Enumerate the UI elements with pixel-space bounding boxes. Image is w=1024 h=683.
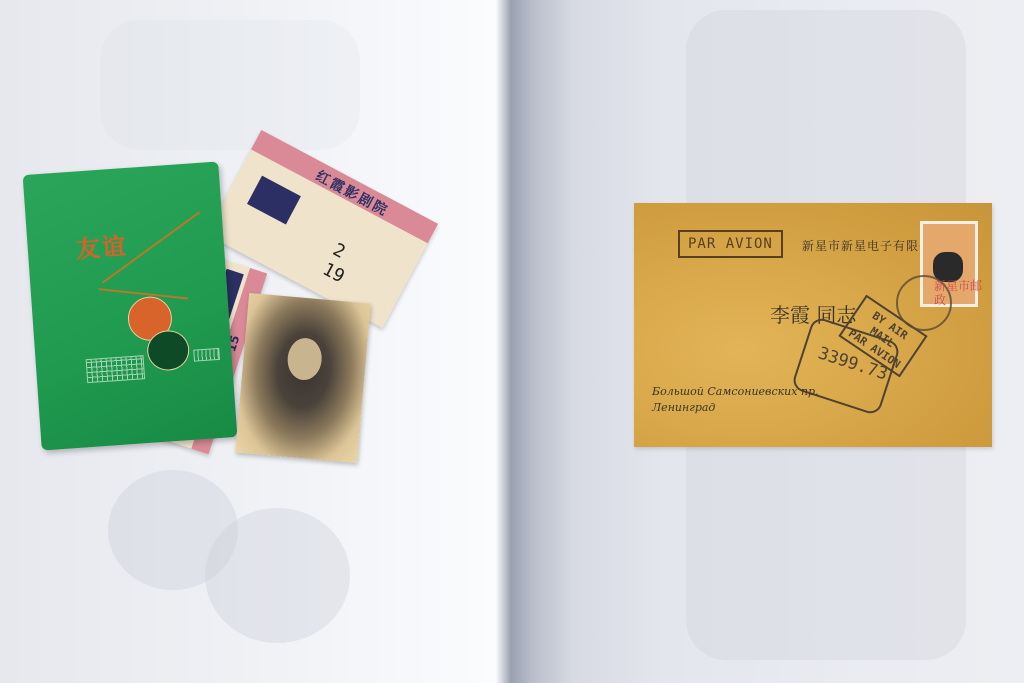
friendship-passport: 友谊 xyxy=(23,162,238,451)
ghost-shape xyxy=(100,20,360,150)
paddle-icon xyxy=(146,329,191,372)
address-line-2: Ленинград xyxy=(652,401,715,414)
address-line-1: Большой Самсониевских пр. xyxy=(652,385,819,398)
film-icon xyxy=(247,176,301,225)
ghost-circle xyxy=(205,508,350,643)
passport-title: 友谊 xyxy=(75,226,129,265)
portrait-face xyxy=(286,337,324,382)
red-postmark: 新星市邮政 xyxy=(934,279,992,307)
par-avion-stamp: PAR AVION xyxy=(678,230,783,258)
net-icon xyxy=(193,348,220,362)
airmail-envelope: PAR AVION 新星市新星电子有限公司 李霞 同志 3399.73 BY A… xyxy=(634,203,992,447)
left-page: 15 红霞影剧院 2 19 友谊 xyxy=(0,0,511,683)
vintage-portrait-photo xyxy=(235,293,370,463)
net-icon xyxy=(86,355,146,383)
ticket-row: 2 xyxy=(329,239,348,263)
ticket-seat: 19 xyxy=(319,259,348,288)
